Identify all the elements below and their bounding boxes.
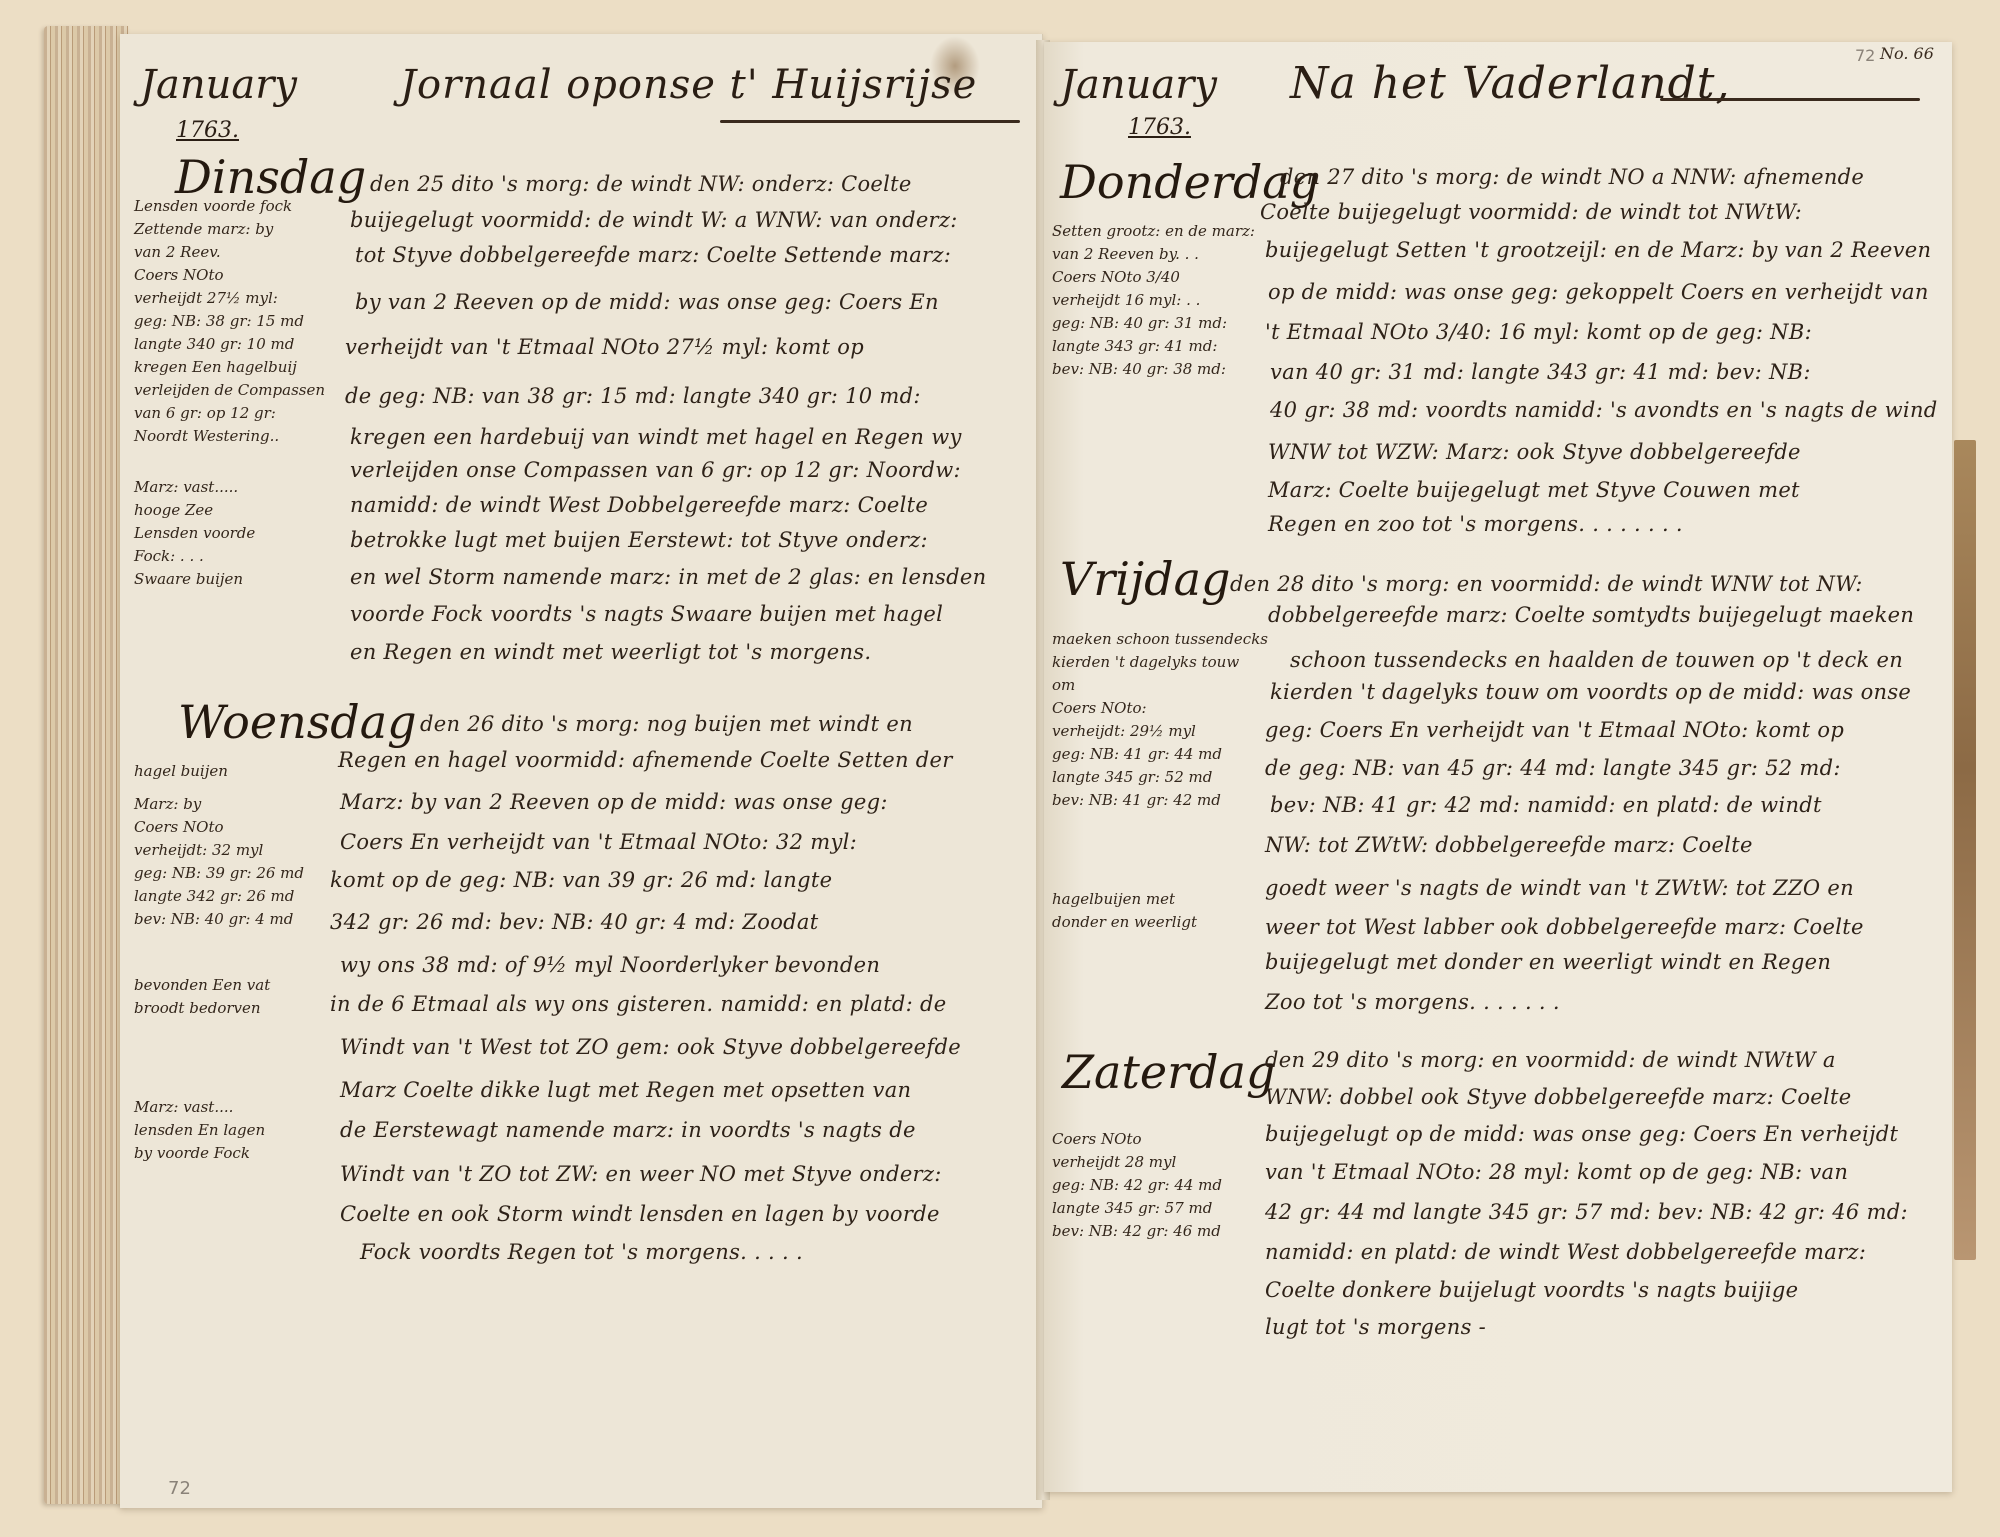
margin-note: Coers NOto xyxy=(1052,1128,1222,1151)
margin-note: bev: NB: 42 gr: 46 md xyxy=(1052,1220,1222,1243)
margin-note: Noordt Westering.. xyxy=(134,425,325,448)
margin-notes-dinsdag: Lensden voorde fock Zettende marz: by va… xyxy=(134,195,325,591)
log-line: NW: tot ZWtW: dobbelgereefde marz: Coelt… xyxy=(1265,833,1753,857)
margin-notes-woensdag: hagel buijen Marz: by Coers NOto verheij… xyxy=(134,760,304,1165)
margin-notes-vrijdag: maeken schoon tussendecks kierden 't dag… xyxy=(1052,628,1268,934)
margin-note: donder en weerligt xyxy=(1052,911,1268,934)
log-line: schoon tussendecks en haalden de touwen … xyxy=(1290,648,1903,672)
log-line: 40 gr: 38 md: voordts namidd: 's avondts… xyxy=(1270,398,1938,422)
right-ink-folio: No. 66 xyxy=(1880,44,1934,63)
log-line: buijegelugt Setten 't grootzeijl: en de … xyxy=(1265,238,1931,262)
left-header-month: January xyxy=(140,62,297,108)
day-heading-woensdag: Woensdag xyxy=(178,695,417,749)
right-pencil-folio: 72 xyxy=(1855,46,1875,65)
margin-note: verheijdt: 29½ myl xyxy=(1052,720,1268,743)
margin-note: hagel buijen xyxy=(134,760,304,783)
margin-notes-donderdag: Setten grootz: en de marz: van 2 Reeven … xyxy=(1052,220,1255,381)
margin-note: langte 343 gr: 41 md: xyxy=(1052,335,1255,358)
margin-note: lensden En lagen xyxy=(134,1119,304,1142)
margin-note: hagelbuijen met xyxy=(1052,888,1268,911)
margin-note: geg: NB: 42 gr: 44 md xyxy=(1052,1174,1222,1197)
margin-note xyxy=(1052,835,1268,858)
margin-note: bev: NB: 40 gr: 38 md: xyxy=(1052,358,1255,381)
margin-note: geg: NB: 41 gr: 44 md xyxy=(1052,743,1268,766)
log-line: de geg: NB: van 38 gr: 15 md: langte 340… xyxy=(345,384,921,408)
margin-note: om xyxy=(1052,674,1268,697)
margin-note xyxy=(134,1020,304,1043)
log-line: in de 6 Etmaal als wy ons gisteren. nami… xyxy=(330,992,947,1016)
log-line: Regen en hagel voormidd: afnemende Coelt… xyxy=(338,748,953,772)
margin-note: langte 345 gr: 57 md xyxy=(1052,1197,1222,1220)
log-line: komt op de geg: NB: van 39 gr: 26 md: la… xyxy=(330,868,832,892)
log-line: kierden 't dagelyks touw om voordts op d… xyxy=(1270,680,1911,704)
log-line: dobbelgereefde marz: Coelte somtydts bui… xyxy=(1268,603,1914,627)
margin-note: Lensden voorde fock xyxy=(134,195,325,218)
log-line: namidd: en platd: de windt West dobbelge… xyxy=(1265,1240,1866,1264)
margin-note: van 2 Reeven by. . . xyxy=(1052,243,1255,266)
right-header-month: January xyxy=(1060,62,1217,108)
log-line: Regen en zoo tot 's morgens. . . . . . .… xyxy=(1268,512,1683,536)
margin-note xyxy=(1052,812,1268,835)
log-line: WNW tot WZW: Marz: ook Styve dobbelgeree… xyxy=(1268,440,1801,464)
log-line: van 40 gr: 31 md: langte 343 gr: 41 md: … xyxy=(1270,360,1811,384)
log-line: Marz: Coelte buijegelugt met Styve Couwe… xyxy=(1268,478,1800,502)
margin-note: broodt bedorven xyxy=(134,997,304,1020)
margin-note: verheijdt 28 myl xyxy=(1052,1151,1222,1174)
log-line: de Eerstewagt namende marz: in voordts '… xyxy=(340,1118,916,1142)
margin-note xyxy=(134,1043,304,1066)
margin-note xyxy=(134,931,304,954)
log-line: den 26 dito 's morg: nog buijen met wind… xyxy=(420,712,913,736)
margin-note: Fock: . . . xyxy=(134,545,325,568)
margin-note: verheijdt: 32 myl xyxy=(134,839,304,862)
log-line: den 25 dito 's morg: de windt NW: onderz… xyxy=(370,172,912,196)
log-line: en Regen en windt met weerligt tot 's mo… xyxy=(350,640,871,664)
log-line: Marz: by van 2 Reeven op de midd: was on… xyxy=(340,790,888,814)
log-line: Coelte buijegelugt voormidd: de windt to… xyxy=(1260,200,1802,224)
log-line: Marz Coelte dikke lugt met Regen met ops… xyxy=(340,1078,911,1102)
margin-note: Marz: vast..... xyxy=(134,476,325,499)
title-underline-flourish xyxy=(720,120,1020,123)
title-underline-flourish xyxy=(1660,98,1920,101)
margin-note: Lensden voorde xyxy=(134,522,325,545)
log-line: geg: Coers En verheijdt van 't Etmaal NO… xyxy=(1265,718,1844,742)
margin-note: Setten grootz: en de marz: xyxy=(1052,220,1255,243)
margin-note: Coers NOto: xyxy=(1052,697,1268,720)
log-line: 342 gr: 26 md: bev: NB: 40 gr: 4 md: Zoo… xyxy=(330,910,819,934)
margin-note: van 2 Reev. xyxy=(134,241,325,264)
log-line: op de midd: was onse geg: gekoppelt Coer… xyxy=(1268,280,1929,304)
margin-note: Coers NOto xyxy=(134,264,325,287)
log-line: Windt van 't West tot ZO gem: ook Styve … xyxy=(340,1035,961,1059)
log-line: goedt weer 's nagts de windt van 't ZWtW… xyxy=(1265,876,1854,900)
log-line: bev: NB: 41 gr: 42 md: namidd: en platd:… xyxy=(1270,793,1822,817)
log-line: Coelte en ook Storm windt lensden en lag… xyxy=(340,1202,940,1226)
day-heading-zaterdag: Zaterdag xyxy=(1062,1045,1275,1099)
margin-note: verheijdt 27½ myl: xyxy=(134,287,325,310)
day-heading-vrijdag: Vrijdag xyxy=(1060,552,1231,606)
log-line: verheijdt van 't Etmaal NOto 27½ myl: ko… xyxy=(345,335,864,359)
log-line: lugt tot 's morgens - xyxy=(1265,1315,1486,1339)
log-line: betrokke lugt met buijen Eerstewt: tot S… xyxy=(350,528,928,552)
log-line: de geg: NB: van 45 gr: 44 md: langte 345… xyxy=(1265,756,1841,780)
log-line: Fock voordts Regen tot 's morgens. . . .… xyxy=(360,1240,803,1264)
log-line: kregen een hardebuij van windt met hagel… xyxy=(350,425,962,449)
right-page-edge xyxy=(1954,440,1976,1260)
log-line: weer tot West labber ook dobbelgereefde … xyxy=(1265,915,1864,939)
margin-note: geg: NB: 38 gr: 15 md xyxy=(134,310,325,333)
margin-note: langte 340 gr: 10 md xyxy=(134,333,325,356)
margin-note: verheijdt 16 myl: . . xyxy=(1052,289,1255,312)
log-line: voorde Fock voordts 's nagts Swaare buij… xyxy=(350,602,943,626)
log-line: den 28 dito 's morg: en voormidd: de win… xyxy=(1230,572,1863,596)
left-header-title: Jornaal oponse t' Huijsrijse xyxy=(400,62,977,108)
log-line: Zoo tot 's morgens. . . . . . . xyxy=(1265,990,1560,1014)
margin-note: by voorde Fock xyxy=(134,1142,304,1165)
log-line: en wel Storm namende marz: in met de 2 g… xyxy=(350,565,986,589)
margin-notes-zaterdag: Coers NOto verheijdt 28 myl geg: NB: 42 … xyxy=(1052,1128,1222,1243)
margin-note: bevonden Een vat xyxy=(134,974,304,997)
log-line: WNW: dobbel ook Styve dobbelgereefde mar… xyxy=(1265,1085,1852,1109)
log-line: Windt van 't ZO tot ZW: en weer NO met S… xyxy=(340,1162,942,1186)
margin-note: Marz: vast.... xyxy=(134,1096,304,1119)
margin-note: geg: NB: 39 gr: 26 md xyxy=(134,862,304,885)
log-line: Coelte donkere buijelugt voordts 's nagt… xyxy=(1265,1278,1798,1302)
margin-note: geg: NB: 40 gr: 31 md: xyxy=(1052,312,1255,335)
margin-note: Marz: by xyxy=(134,793,304,816)
margin-note: kregen Een hagelbuij xyxy=(134,356,325,379)
margin-note: van 6 gr: op 12 gr: xyxy=(134,402,325,425)
log-line: 't Etmaal NOto 3/40: 16 myl: komt op de … xyxy=(1265,320,1812,344)
margin-note: langte 345 gr: 52 md xyxy=(1052,766,1268,789)
margin-note: Zettende marz: by xyxy=(134,218,325,241)
log-line: Coers En verheijdt van 't Etmaal NOto: 3… xyxy=(340,830,857,854)
margin-note: bev: NB: 40 gr: 4 md xyxy=(134,908,304,931)
margin-note: Coers NOto 3/40 xyxy=(1052,266,1255,289)
margin-note: maeken schoon tussendecks xyxy=(1052,628,1268,651)
margin-note: langte 342 gr: 26 md xyxy=(134,885,304,908)
log-line: buijegelugt met donder en weerligt windt… xyxy=(1265,950,1831,974)
right-header-title: Na het Vaderlandt, xyxy=(1290,58,1730,109)
log-line: by van 2 Reeven op de midd: was onse geg… xyxy=(355,290,939,314)
margin-note: verleijden de Compassen xyxy=(134,379,325,402)
left-page-number: 72 xyxy=(168,1478,191,1499)
margin-note: bev: NB: 41 gr: 42 md xyxy=(1052,789,1268,812)
right-header-year: 1763. xyxy=(1128,115,1191,140)
left-header-year: 1763. xyxy=(176,118,239,143)
log-line: buijegelugt voormidd: de windt W: a WNW:… xyxy=(350,208,958,232)
log-line: den 29 dito 's morg: en voormidd: de win… xyxy=(1265,1048,1836,1072)
log-line: den 27 dito 's morg: de windt NO a NNW: … xyxy=(1280,165,1864,189)
log-line: buijegelugt op de midd: was onse geg: Co… xyxy=(1265,1122,1898,1146)
margin-note: kierden 't dagelyks touw xyxy=(1052,651,1268,674)
margin-note: Swaare buijen xyxy=(134,568,325,591)
log-line: 42 gr: 44 md langte 345 gr: 57 md: bev: … xyxy=(1265,1200,1908,1224)
log-line: namidd: de windt West Dobbelgereefde mar… xyxy=(350,493,928,517)
left-page-edges xyxy=(44,26,128,1504)
log-line: van 't Etmaal NOto: 28 myl: komt op de g… xyxy=(1265,1160,1848,1184)
log-line: tot Styve dobbelgereefde marz: Coelte Se… xyxy=(355,243,951,267)
log-line: wy ons 38 md: of 9½ myl Noorderlyker bev… xyxy=(340,953,880,977)
log-line: verleijden onse Compassen van 6 gr: op 1… xyxy=(350,458,961,482)
margin-note: Coers NOto xyxy=(134,816,304,839)
margin-note: hooge Zee xyxy=(134,499,325,522)
open-logbook: January 1763. Jornaal oponse t' Huijsrij… xyxy=(0,0,2000,1537)
